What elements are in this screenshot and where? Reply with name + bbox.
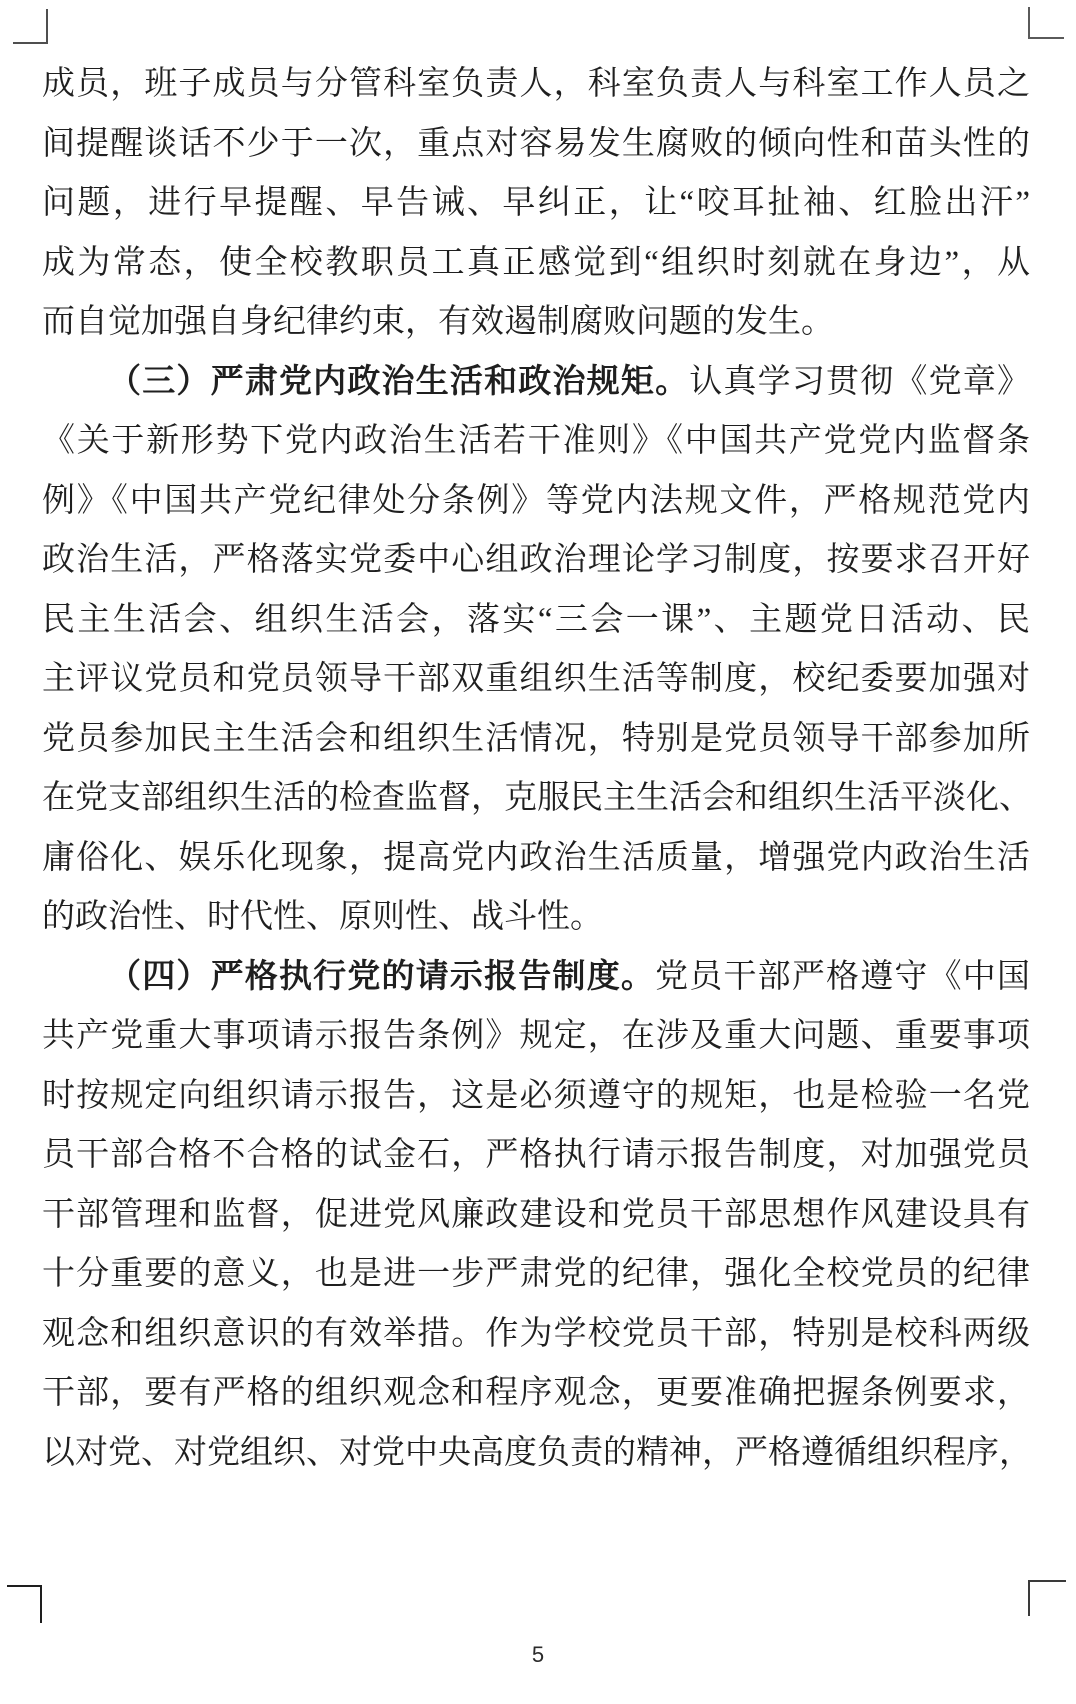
line-text: 庸俗化、娱乐化现象，提高党内政治生活质量，增强党内政治生活 xyxy=(42,840,1030,876)
text-line: 政治生活，严格落实党委中心组政治理论学习制度，按要求召开好 xyxy=(42,529,1030,589)
text-line: 《关于新形势下党内政治生活若干准则》《中国共产党党内监督条 xyxy=(42,410,1030,470)
text-line: 党员参加民主生活会和组织生活情况，特别是党员领导干部参加所 xyxy=(42,708,1030,768)
line-text: 主评议党员和党员领导干部双重组织生活等制度，校纪委要加强对 xyxy=(42,661,1030,697)
line-text: 十分重要的意义，也是进一步严肃党的纪律，强化全校党员的纪律 xyxy=(42,1256,1030,1292)
line-text: 干部管理和监督，促进党风廉政建设和党员干部思想作风建设具有 xyxy=(42,1197,1030,1233)
line-text: 党员参加民主生活会和组织生活情况，特别是党员领导干部参加所 xyxy=(42,721,1030,757)
text-line: 民主生活会、组织生活会，落实“三会一课”、主题党日活动、民 xyxy=(42,589,1030,649)
text-line: 问题，进行早提醒、早告诫、早纠正，让“咬耳扯袖、红脸出汗” xyxy=(42,172,1030,232)
page-number: 5 xyxy=(0,1643,1076,1667)
line-text: 而自觉加强自身纪律约束，有效遏制腐败问题的发生。 xyxy=(42,304,834,340)
crop-mark-bottom-right xyxy=(1028,1580,1066,1616)
line-text: 间提醒谈话不少于一次，重点对容易发生腐败的倾向性和苗头性的 xyxy=(42,126,1030,162)
crop-mark-bottom-left xyxy=(7,1585,42,1623)
line-text: 认真学习贯彻《党章》 xyxy=(689,364,1030,400)
line-text: 观念和组织意识的有效举措。作为学校党员干部，特别是校科两级 xyxy=(42,1316,1030,1352)
text-line: 而自觉加强自身纪律约束，有效遏制腐败问题的发生。 xyxy=(42,291,1030,351)
section-heading-line: （四）严格执行党的请示报告制度。党员干部严格遵守《中国 xyxy=(42,946,1030,1006)
line-text: 的政治性、时代性、原则性、战斗性。 xyxy=(42,899,603,935)
text-line: 庸俗化、娱乐化现象，提高党内政治生活质量，增强党内政治生活 xyxy=(42,827,1030,887)
text-line: 主评议党员和党员领导干部双重组织生活等制度，校纪委要加强对 xyxy=(42,648,1030,708)
text-line: 时按规定向组织请示报告，这是必须遵守的规矩，也是检验一名党 xyxy=(42,1065,1030,1125)
text-line: 成为常态，使全校教职员工真正感觉到“组织时刻就在身边”，从 xyxy=(42,232,1030,292)
line-text: 共产党重大事项请示报告条例》规定，在涉及重大问题、重要事项 xyxy=(42,1018,1030,1054)
line-text: 例》《中国共产党纪律处分条例》等党内法规文件，严格规范党内 xyxy=(42,483,1030,519)
line-text: 以对党、对党组织、对党中央高度负责的精神，严格遵循组织程序， xyxy=(42,1435,1032,1471)
text-line: 例》《中国共产党纪律处分条例》等党内法规文件，严格规范党内 xyxy=(42,470,1030,530)
line-text: 问题，进行早提醒、早告诫、早纠正，让“咬耳扯袖、红脸出汗” xyxy=(42,185,1030,221)
text-line: 的政治性、时代性、原则性、战斗性。 xyxy=(42,886,1030,946)
line-text: 干部，要有严格的组织观念和程序观念，更要准确把握条例要求， xyxy=(42,1375,1030,1411)
text-line: 干部，要有严格的组织观念和程序观念，更要准确把握条例要求， xyxy=(42,1362,1030,1422)
line-text: 在党支部组织生活的检查监督，克服民主生活会和组织生活平淡化、 xyxy=(42,780,1032,816)
text-line: 共产党重大事项请示报告条例》规定，在涉及重大问题、重要事项 xyxy=(42,1005,1030,1065)
line-text: 成为常态，使全校教职员工真正感觉到“组织时刻就在身边”，从 xyxy=(42,245,1030,281)
crop-mark-top-right xyxy=(1028,7,1064,39)
line-text: 《关于新形势下党内政治生活若干准则》《中国共产党党内监督条 xyxy=(42,423,1030,459)
text-line: 观念和组织意识的有效举措。作为学校党员干部，特别是校科两级 xyxy=(42,1303,1030,1363)
heading-bold-text: （四）严格执行党的请示报告制度。 xyxy=(108,957,655,994)
heading-bold-text: （三）严肃党内政治生活和政治规矩。 xyxy=(108,362,689,399)
document-page: { "document": { "page_number": "5", "bac… xyxy=(0,0,1076,1704)
line-text: 民主生活会、组织生活会，落实“三会一课”、主题党日活动、民 xyxy=(42,602,1030,638)
section-heading-line: （三）严肃党内政治生活和政治规矩。认真学习贯彻《党章》 xyxy=(42,351,1030,411)
line-text: 员干部合格不合格的试金石，严格执行请示报告制度，对加强党员 xyxy=(42,1137,1030,1173)
line-text: 时按规定向组织请示报告，这是必须遵守的规矩，也是检验一名党 xyxy=(42,1078,1030,1114)
line-text: 政治生活，严格落实党委中心组政治理论学习制度，按要求召开好 xyxy=(42,542,1030,578)
document-body-text: 成员，班子成员与分管科室负责人，科室负责人与科室工作人员之 间提醒谈话不少于一次… xyxy=(42,53,1030,1481)
text-line: 间提醒谈话不少于一次，重点对容易发生腐败的倾向性和苗头性的 xyxy=(42,113,1030,173)
text-line: 员干部合格不合格的试金石，严格执行请示报告制度，对加强党员 xyxy=(42,1124,1030,1184)
text-line: 以对党、对党组织、对党中央高度负责的精神，严格遵循组织程序， xyxy=(42,1422,1030,1482)
text-line: 十分重要的意义，也是进一步严肃党的纪律，强化全校党员的纪律 xyxy=(42,1243,1030,1303)
text-line: 干部管理和监督，促进党风廉政建设和党员干部思想作风建设具有 xyxy=(42,1184,1030,1244)
line-text: 党员干部严格遵守《中国 xyxy=(655,959,1030,995)
crop-mark-top-left xyxy=(13,9,48,44)
text-line: 在党支部组织生活的检查监督，克服民主生活会和组织生活平淡化、 xyxy=(42,767,1030,827)
line-text: 成员，班子成员与分管科室负责人，科室负责人与科室工作人员之 xyxy=(42,66,1030,102)
text-line: 成员，班子成员与分管科室负责人，科室负责人与科室工作人员之 xyxy=(42,53,1030,113)
